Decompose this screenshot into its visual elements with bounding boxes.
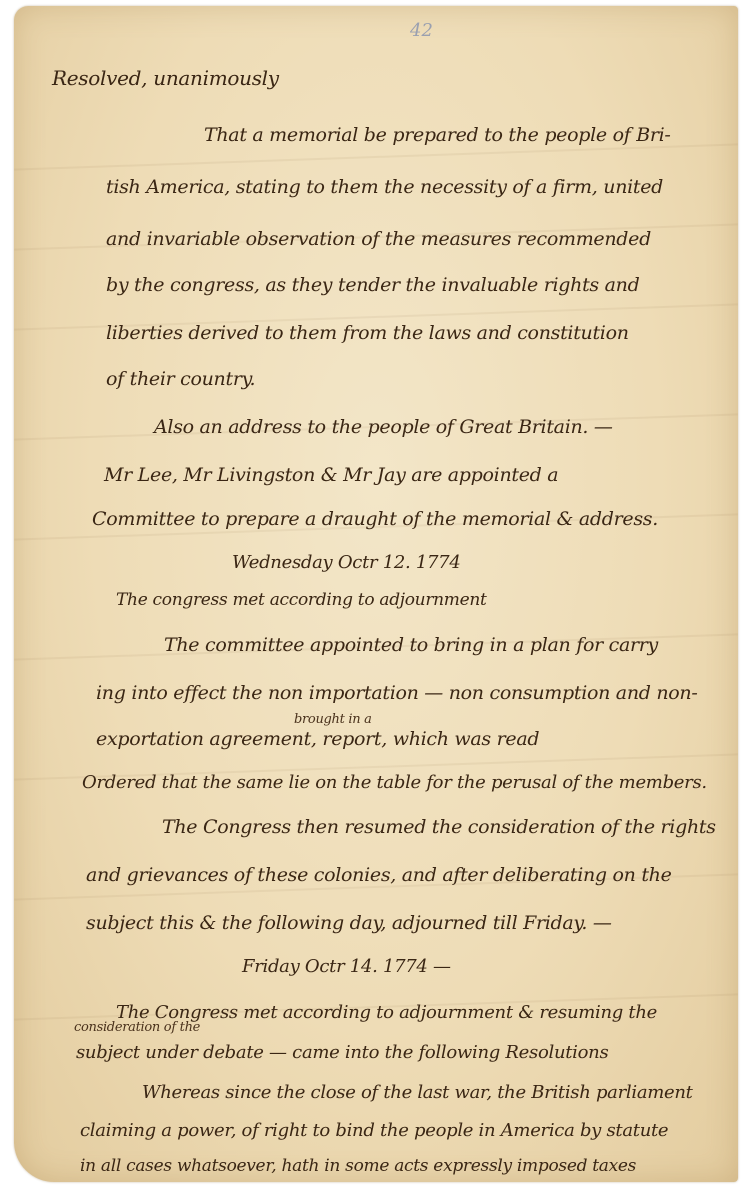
text-line: Mr Lee, Mr Livingston & Mr Jay are appoi… (104, 464, 558, 486)
text-line: and grievances of these colonies, and af… (86, 864, 672, 886)
text-line: liberties derived to them from the laws … (106, 322, 629, 344)
text-line: The congress met according to adjournmen… (116, 590, 487, 610)
text-line: Resolved, unanimously (52, 66, 279, 90)
date-heading: Friday Octr 14. 1774 — (242, 956, 451, 977)
text-line: The committee appointed to bring in a pl… (164, 634, 658, 656)
date-heading: Wednesday Octr 12. 1774 (232, 552, 461, 573)
text-line: of their country. (106, 368, 255, 390)
text-line: Whereas since the close of the last war,… (142, 1082, 693, 1103)
text-line: tish America, stating to them the necess… (106, 176, 663, 198)
text-line: The Congress then resumed the considerat… (162, 816, 716, 838)
interlinear-insertion: brought in a (294, 712, 372, 727)
text-line: by the congress, as they tender the inva… (106, 274, 639, 296)
text-line: in all cases whatsoever, hath in some ac… (80, 1156, 636, 1176)
text-line: Committee to prepare a draught of the me… (92, 508, 658, 530)
text-line: and invariable observation of the measur… (106, 228, 651, 250)
text-line: exportation agreement, report, which was… (96, 728, 539, 750)
text-line: Ordered that the same lie on the table f… (82, 772, 707, 793)
text-line: subject this & the following day, adjour… (86, 912, 612, 934)
folio-number: 42 (410, 20, 433, 41)
text-line: claiming a power, of right to bind the p… (80, 1120, 668, 1141)
manuscript-page: 42 Resolved, unanimously That a memorial… (14, 6, 738, 1182)
text-line: That a memorial be prepared to the peopl… (204, 124, 671, 146)
text-line: subject under debate — came into the fol… (76, 1042, 608, 1063)
text-line: Also an address to the people of Great B… (154, 416, 613, 438)
text-line: ing into effect the non importation — no… (96, 682, 698, 704)
interlinear-insertion: consideration of the (74, 1020, 200, 1035)
